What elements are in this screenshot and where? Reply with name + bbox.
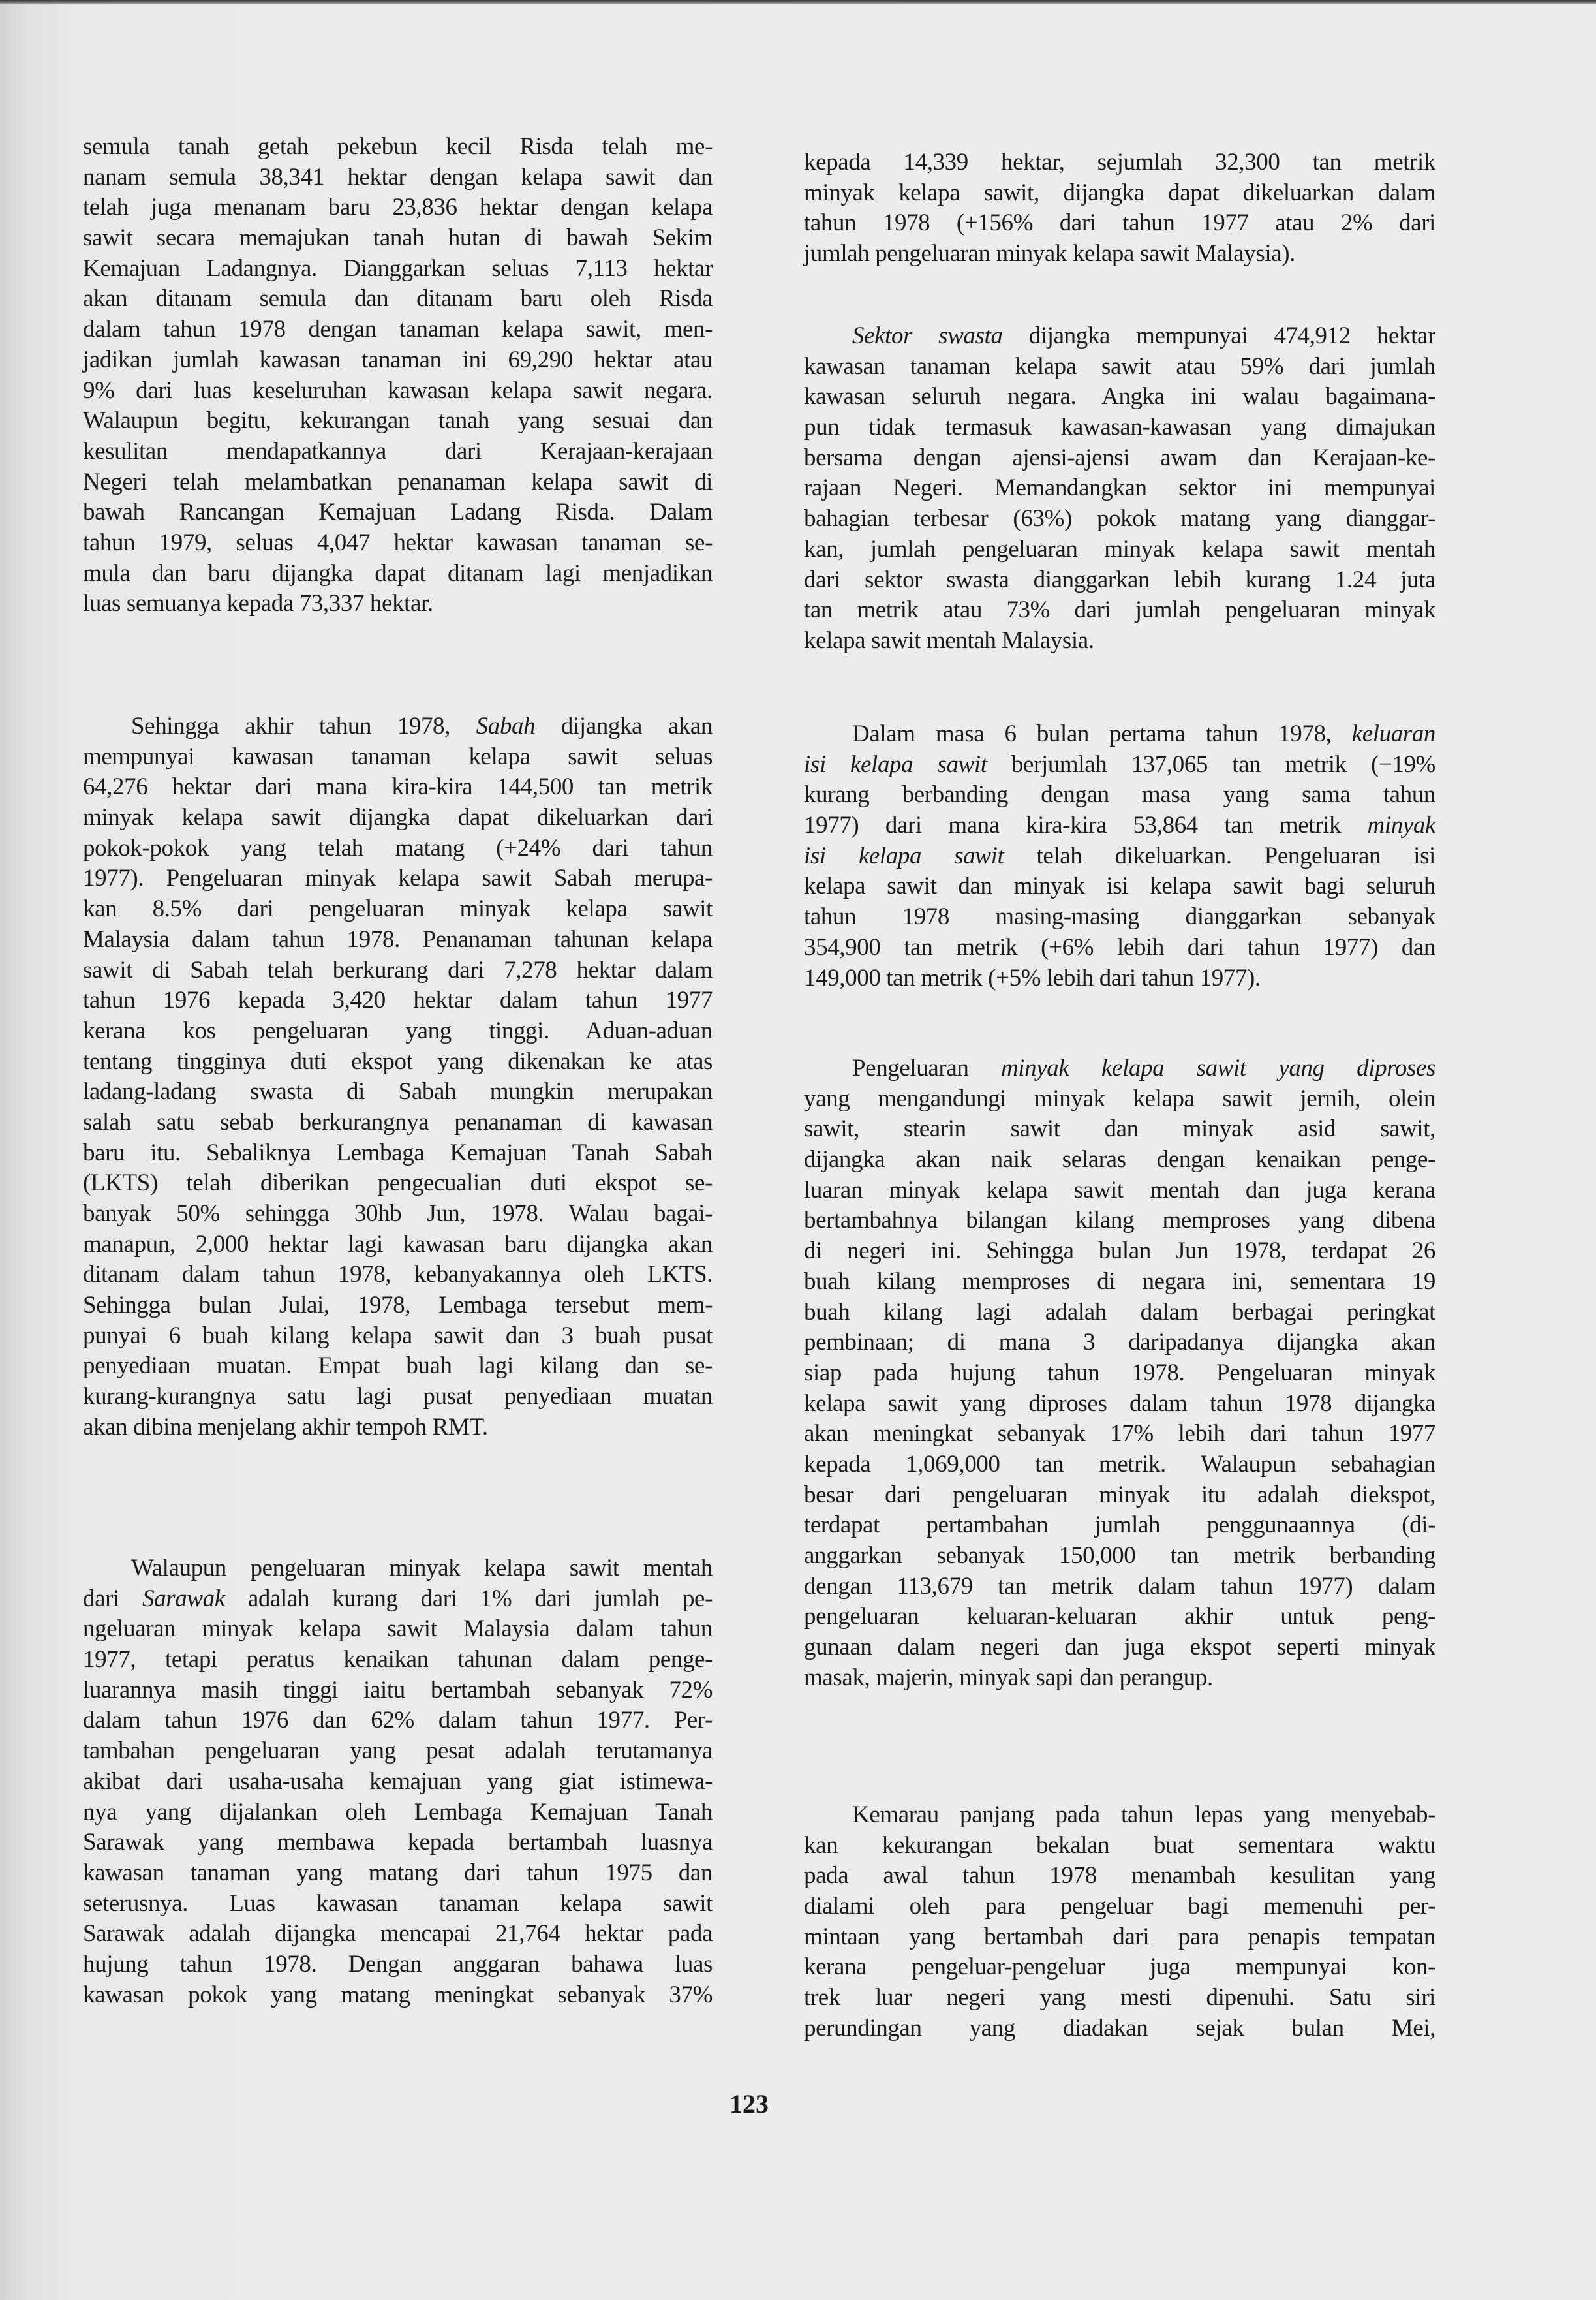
text-line: besar dari pengeluaran minyak itu adalah…: [804, 1480, 1435, 1511]
text-line: dalam tahun 1976 dan 62% dalam tahun 197…: [83, 1705, 713, 1736]
text-line: isi kelapa sawit telah dikeluarkan. Peng…: [804, 841, 1435, 872]
text-line: Kemajuan Ladangnya. Dianggarkan seluas 7…: [83, 254, 713, 285]
text-line: mula dan baru dijangka dapat ditanam lag…: [83, 559, 713, 589]
text-line: tahun 1979, seluas 4,047 hektar kawasan …: [83, 528, 713, 559]
text-line: ngeluaran minyak kelapa sawit Malaysia d…: [83, 1614, 713, 1645]
text-line: akan dibina menjelang akhir tempoh RMT.: [83, 1412, 713, 1443]
text-line: kelapa sawit dan minyak isi kelapa sawit…: [804, 871, 1435, 902]
text-line: sawit di Sabah telah berkurang dari 7,27…: [83, 956, 713, 986]
text-line: kurang-kurangnya satu lagi pusat penyedi…: [83, 1382, 713, 1412]
text-line: ditanam dalam tahun 1978, kebanyakannya …: [83, 1260, 713, 1290]
text-line: kepada 14,339 hektar, sejumlah 32,300 ta…: [804, 148, 1435, 178]
text-line: isi kelapa sawit berjumlah 137,065 tan m…: [804, 750, 1435, 781]
text-line: akan ditanam semula dan ditanam baru ole…: [83, 284, 713, 315]
text-line: Sarawak adalah dijangka mencapai 21,764 …: [83, 1919, 713, 1950]
text-line: rajaan Negeri. Memandangkan sektor ini m…: [804, 473, 1435, 504]
text-line: 354,900 tan metrik (+6% lebih dari tahun…: [804, 933, 1435, 963]
text-line: masak, majerin, minyak sapi dan perangup…: [804, 1663, 1435, 1694]
text-line: kurang berbanding dengan masa yang sama …: [804, 780, 1435, 811]
text-line: buah kilang lagi adalah dalam berbagai p…: [804, 1298, 1435, 1328]
text-line: minyak kelapa sawit, dijangka dapat dike…: [804, 178, 1435, 209]
text-line: Sehingga akhir tahun 1978, Sabah dijangk…: [83, 711, 713, 742]
scanned-page: semula tanah getah pekebun kecil Risda t…: [0, 0, 1596, 2300]
text-line: Pengeluaran minyak kelapa sawit yang dip…: [804, 1053, 1435, 1084]
text-line: luaran minyak kelapa sawit mentah dan ju…: [804, 1175, 1435, 1206]
text-line: gunaan dalam negeri dan juga ekspot sepe…: [804, 1632, 1435, 1663]
text-line: 9% dari luas keseluruhan kawasan kelapa …: [83, 376, 713, 407]
text-line: kan kekurangan bekalan buat sementara wa…: [804, 1831, 1435, 1861]
text-line: minyak kelapa sawit dijangka dapat dikel…: [83, 803, 713, 833]
text-line: 1977) dari mana kira-kira 53,864 tan met…: [804, 811, 1435, 841]
text-line: jumlah pengeluaran minyak kelapa sawit M…: [804, 239, 1435, 270]
paragraph-sarawak-continued: kepada 14,339 hektar, sejumlah 32,300 ta…: [804, 148, 1435, 270]
text-line: sawit secara memajukan tanah hutan di ba…: [83, 223, 713, 254]
text-line: dialami oleh para pengeluar bagi memenuh…: [804, 1891, 1435, 1922]
text-line: kawasan tanaman kelapa sawit atau 59% da…: [804, 352, 1435, 382]
text-line: akibat dari usaha-usaha kemajuan yang gi…: [83, 1767, 713, 1797]
text-line: mintaan yang bertambah dari para penapis…: [804, 1922, 1435, 1953]
text-line: siap pada hujung tahun 1978. Pengeluaran…: [804, 1358, 1435, 1389]
text-line: jadikan jumlah kawasan tanaman ini 69,29…: [83, 345, 713, 376]
text-line: kawasan seluruh negara. Angka ini walau …: [804, 382, 1435, 412]
text-line: pada awal tahun 1978 menambah kesulitan …: [804, 1861, 1435, 1891]
text-line: trek luar negeri yang mesti dipenuhi. Sa…: [804, 1983, 1435, 2013]
text-line: Kemarau panjang pada tahun lepas yang me…: [804, 1800, 1435, 1831]
text-line: kan, jumlah pengeluaran minyak kelapa sa…: [804, 535, 1435, 565]
text-line: dalam tahun 1978 dengan tanaman kelapa s…: [83, 315, 713, 345]
paragraph-minyak-diproses: Pengeluaran minyak kelapa sawit yang dip…: [804, 1053, 1435, 1693]
text-line: telah juga menanam baru 23,836 hektar de…: [83, 193, 713, 223]
text-line: dengan 113,679 tan metrik dalam tahun 19…: [804, 1572, 1435, 1602]
text-line: kawasan tanaman yang matang dari tahun 1…: [83, 1858, 713, 1889]
paragraph-risda-continued: semula tanah getah pekebun kecil Risda t…: [83, 132, 713, 619]
text-line: Walaupun begitu, kekurangan tanah yang s…: [83, 406, 713, 437]
text-line: bawah Rancangan Kemajuan Ladang Risda. D…: [83, 497, 713, 528]
page-number: 123: [729, 2089, 769, 2119]
page-top-edge: [0, 0, 1596, 4]
text-line: tentang tingginya duti ekspot yang diken…: [83, 1047, 713, 1078]
text-line: pun tidak termasuk kawasan-kawasan yang …: [804, 412, 1435, 443]
text-line: bertambahnya bilangan kilang memproses y…: [804, 1205, 1435, 1236]
text-line: dari Sarawak adalah kurang dari 1% dari …: [83, 1584, 713, 1615]
text-line: tahun 1976 kepada 3,420 hektar dalam tah…: [83, 986, 713, 1016]
text-line: pembinaan; di mana 3 daripadanya dijangk…: [804, 1328, 1435, 1358]
text-line: Dalam masa 6 bulan pertama tahun 1978, k…: [804, 719, 1435, 750]
text-line: tahun 1978 (+156% dari tahun 1977 atau 2…: [804, 208, 1435, 239]
text-line: terdapat pertambahan jumlah penggunaanny…: [804, 1510, 1435, 1541]
text-line: pengeluaran keluaran-keluaran akhir untu…: [804, 1602, 1435, 1632]
text-line: seterusnya. Luas kawasan tanaman kelapa …: [83, 1889, 713, 1919]
text-line: hujung tahun 1978. Dengan anggaran bahaw…: [83, 1950, 713, 1980]
text-line: pokok-pokok yang telah matang (+24% dari…: [83, 833, 713, 864]
text-line: di negeri ini. Sehingga bulan Jun 1978, …: [804, 1236, 1435, 1267]
text-line: nanam semula 38,341 hektar dengan kelapa…: [83, 163, 713, 193]
text-line: anggarkan sebanyak 150,000 tan metrik be…: [804, 1541, 1435, 1572]
text-line: Sarawak yang membawa kepada bertambah lu…: [83, 1827, 713, 1858]
text-line: Negeri telah melambatkan penanaman kelap…: [83, 467, 713, 498]
text-line: nya yang dijalankan oleh Lembaga Kemajua…: [83, 1797, 713, 1828]
text-line: salah satu sebab berkurangnya penanaman …: [83, 1108, 713, 1138]
text-line: manapun, 2,000 hektar lagi kawasan baru …: [83, 1230, 713, 1260]
text-line: kelapa sawit yang diproses dalam tahun 1…: [804, 1389, 1435, 1420]
text-line: baru itu. Sebaliknya Lembaga Kemajuan Ta…: [83, 1138, 713, 1169]
text-line: kan 8.5% dari pengeluaran minyak kelapa …: [83, 894, 713, 925]
paragraph-isi-kelapa-sawit: Dalam masa 6 bulan pertama tahun 1978, k…: [804, 719, 1435, 993]
text-line: kepada 1,069,000 tan metrik. Walaupun se…: [804, 1450, 1435, 1480]
text-line: kawasan pokok yang matang meningkat seba…: [83, 1980, 713, 2011]
paragraph-sarawak: Walaupun pengeluaran minyak kelapa sawit…: [83, 1553, 713, 2010]
text-line: bersama dengan ajensi-ajensi awam dan Ke…: [804, 443, 1435, 474]
text-line: punyai 6 buah kilang kelapa sawit dan 3 …: [83, 1321, 713, 1352]
text-line: yang mengandungi minyak kelapa sawit jer…: [804, 1084, 1435, 1115]
paragraph-sektor-swasta: Sektor swasta dijangka mempunyai 474,912…: [804, 321, 1435, 657]
text-line: Sehingga bulan Julai, 1978, Lembaga ters…: [83, 1290, 713, 1321]
text-line: bahagian terbesar (63%) pokok matang yan…: [804, 504, 1435, 535]
text-line: sawit, stearin sawit dan minyak asid saw…: [804, 1114, 1435, 1145]
text-line: ladang-ladang swasta di Sabah mungkin me…: [83, 1077, 713, 1108]
text-line: banyak 50% sehingga 30hb Jun, 1978. Wala…: [83, 1199, 713, 1230]
text-line: tahun 1978 masing-masing dianggarkan seb…: [804, 902, 1435, 933]
text-line: dijangka akan naik selaras dengan kenaik…: [804, 1145, 1435, 1175]
text-line: mempunyai kawasan tanaman kelapa sawit s…: [83, 742, 713, 773]
text-line: 149,000 tan metrik (+5% lebih dari tahun…: [804, 963, 1435, 994]
text-line: luas semuanya kepada 73,337 hektar.: [83, 589, 713, 619]
text-line: Walaupun pengeluaran minyak kelapa sawit…: [83, 1553, 713, 1584]
text-line: buah kilang memproses di negara ini, sem…: [804, 1267, 1435, 1298]
text-line: Malaysia dalam tahun 1978. Penanaman tah…: [83, 925, 713, 956]
text-line: kesulitan mendapatkannya dari Kerajaan-k…: [83, 437, 713, 467]
text-line: kelapa sawit mentah Malaysia.: [804, 626, 1435, 657]
text-line: perundingan yang diadakan sejak bulan Me…: [804, 2013, 1435, 2044]
text-line: luarannya masih tinggi iaitu bertambah s…: [83, 1675, 713, 1706]
text-line: tambahan pengeluaran yang pesat adalah t…: [83, 1736, 713, 1767]
text-line: akan meningkat sebanyak 17% lebih dari t…: [804, 1419, 1435, 1450]
text-line: dari sektor swasta dianggarkan lebih kur…: [804, 565, 1435, 596]
text-line: 1977, tetapi peratus kenaikan tahunan da…: [83, 1645, 713, 1675]
text-line: semula tanah getah pekebun kecil Risda t…: [83, 132, 713, 163]
paragraph-sabah: Sehingga akhir tahun 1978, Sabah dijangk…: [83, 711, 713, 1443]
text-line: tan metrik atau 73% dari jumlah pengelua…: [804, 595, 1435, 626]
text-line: Sektor swasta dijangka mempunyai 474,912…: [804, 321, 1435, 352]
paragraph-kemarau: Kemarau panjang pada tahun lepas yang me…: [804, 1800, 1435, 2044]
text-line: penyediaan muatan. Empat buah lagi kilan…: [83, 1351, 713, 1382]
text-line: 64,276 hektar dari mana kira-kira 144,50…: [83, 772, 713, 803]
text-line: 1977). Pengeluaran minyak kelapa sawit S…: [83, 863, 713, 894]
text-line: kerana pengeluar-pengeluar juga mempunya…: [804, 1952, 1435, 1983]
text-line: kerana kos pengeluaran yang tinggi. Adua…: [83, 1016, 713, 1047]
text-line: (LKTS) telah diberikan pengecualian duti…: [83, 1168, 713, 1199]
